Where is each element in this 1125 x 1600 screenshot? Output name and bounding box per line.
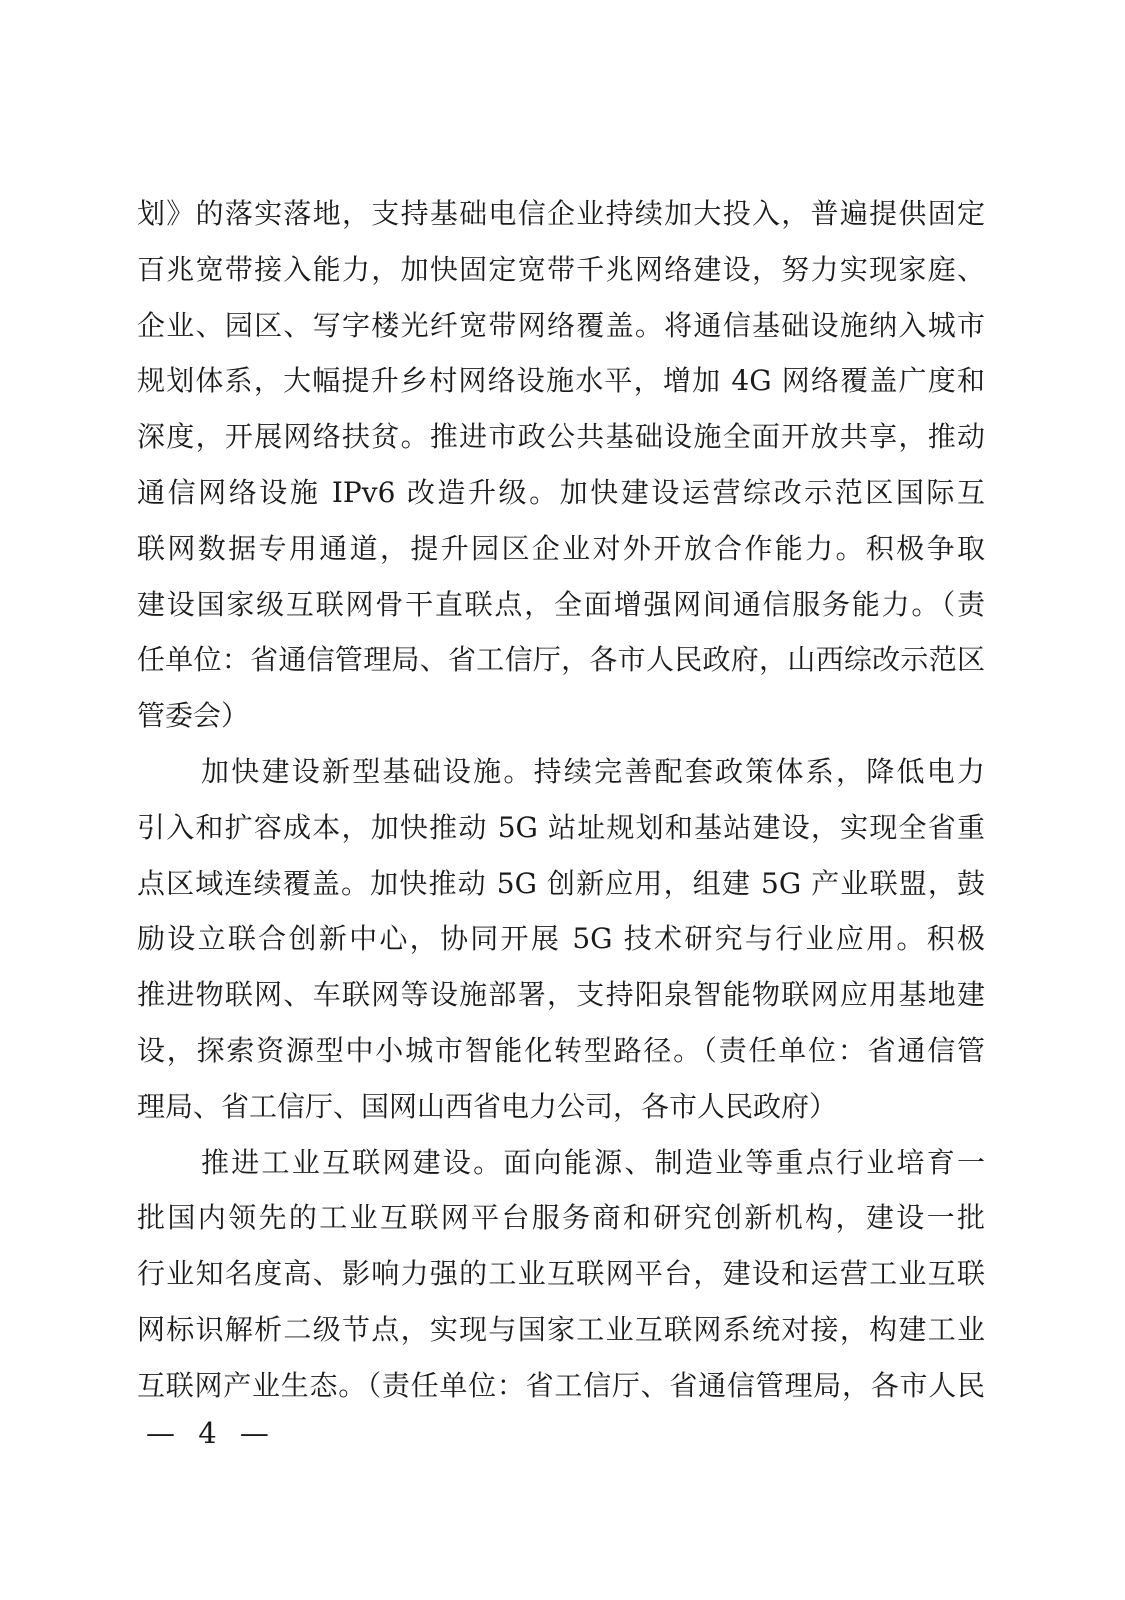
page-footer: — 4 — [146,1419,269,1448]
text-line: 批国内领先的工业互联网平台服务商和研究创新机构，建设一批 [137,1190,985,1246]
text-line: 深度，开展网络扶贫。推进市政公共基础设施全面开放共享，推动 [137,409,985,465]
text-line: 推进工业互联网建设。面向能源、制造业等重点行业培育一 [137,1135,985,1191]
text-line: 划》的落实落地，支持基础电信企业持续加大投入，普遍提供固定 [137,186,985,242]
text-line: 设，探索资源型中小城市智能化转型路径。（责任单位：省通信管 [137,1023,985,1079]
text-line: 联网数据专用通道，提升园区企业对外开放合作能力。积极争取 [137,521,985,577]
text-line: 管委会） [137,688,985,744]
text-line: 推进物联网、车联网等设施部署，支持阳泉智能物联网应用基地建 [137,967,985,1023]
text-line: 规划体系，大幅提升乡村网络设施水平，增加 4G 网络覆盖广度和 [137,353,985,409]
text-line: 任单位：省通信管理局、省工信厅，各市人民政府，山西综改示范区 [137,632,985,688]
text-line: 引入和扩容成本，加快推动 5G 站址规划和基站建设，实现全省重 [137,800,985,856]
document-body: 划》的落实落地，支持基础电信企业持续加大投入，普遍提供固定百兆宽带接入能力，加快… [137,186,985,1414]
page-number: — 4 — [146,1416,269,1450]
paragraph: 划》的落实落地，支持基础电信企业持续加大投入，普遍提供固定百兆宽带接入能力，加快… [137,186,985,744]
document-page: 划》的落实落地，支持基础电信企业持续加大投入，普遍提供固定百兆宽带接入能力，加快… [0,0,1125,1600]
text-line: 互联网产业生态。（责任单位：省工信厅、省通信管理局，各市人民 [137,1358,985,1414]
text-line: 建设国家级互联网骨干直联点，全面增强网间通信服务能力。（责 [137,577,985,633]
text-line: 加快建设新型基础设施。持续完善配套政策体系，降低电力 [137,744,985,800]
text-line: 点区域连续覆盖。加快推动 5G 创新应用，组建 5G 产业联盟，鼓 [137,856,985,912]
text-line: 网标识解析二级节点，实现与国家工业互联网系统对接，构建工业 [137,1302,985,1358]
text-line: 行业知名度高、影响力强的工业互联网平台，建设和运营工业互联 [137,1246,985,1302]
text-line: 通信网络设施 IPv6 改造升级。加快建设运营综改示范区国际互 [137,465,985,521]
text-line: 理局、省工信厅、国网山西省电力公司，各市人民政府） [137,1079,985,1135]
paragraph: 推进工业互联网建设。面向能源、制造业等重点行业培育一批国内领先的工业互联网平台服… [137,1135,985,1414]
text-line: 励设立联合创新中心，协同开展 5G 技术研究与行业应用。积极 [137,911,985,967]
text-line: 企业、园区、写字楼光纤宽带网络覆盖。将通信基础设施纳入城市 [137,298,985,354]
text-line: 百兆宽带接入能力，加快固定宽带千兆网络建设，努力实现家庭、 [137,242,985,298]
paragraph: 加快建设新型基础设施。持续完善配套政策体系，降低电力引入和扩容成本，加快推动 5… [137,744,985,1135]
